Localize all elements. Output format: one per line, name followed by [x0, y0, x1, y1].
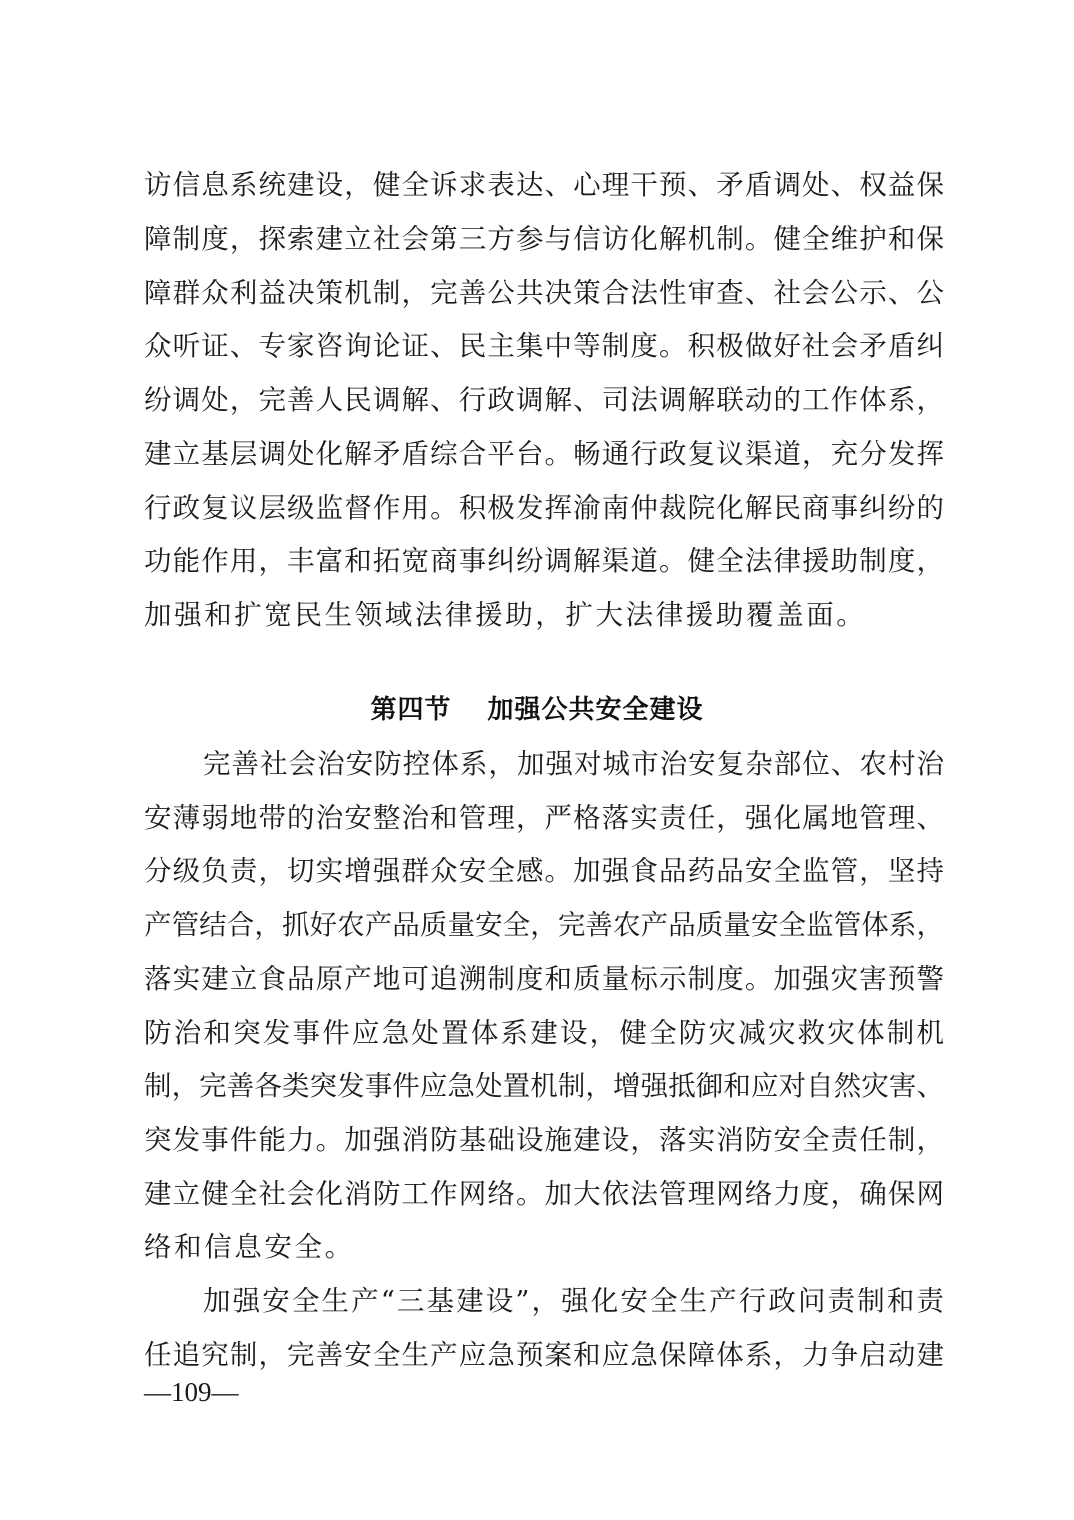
- text-line: 纷调处，完善人民调解、行政调解、司法调解联动的工作体系，: [144, 380, 944, 420]
- text-line: 障制度，探索建立社会第三方参与信访化解机制。健全维护和保: [144, 219, 944, 259]
- text-line: 落实建立食品原产地可追溯制度和质量标示制度。加强灾害预警: [144, 959, 944, 999]
- text-line: 突发事件能力。加强消防基础设施建设，落实消防安全责任制，: [144, 1120, 944, 1160]
- section-heading: 第四节加强公共安全建设: [0, 690, 1074, 730]
- text-line: 防治和突发事件应急处置体系建设，健全防灾减灾救灾体制机: [144, 1013, 944, 1053]
- text-line: 络和信息安全。: [144, 1227, 944, 1267]
- text-line: 障群众利益决策机制，完善公共决策合法性审查、社会公示、公: [144, 273, 944, 313]
- section-number: 第四节: [370, 695, 451, 725]
- text-line: 加强安全生产“三基建设”，强化安全生产行政问责制和责: [203, 1281, 944, 1321]
- document-page: 访信息系统建设，健全诉求表达、心理干预、矛盾调处、权益保 障制度，探索建立社会第…: [0, 0, 1074, 1520]
- text-line: 行政复议层级监督作用。积极发挥渝南仲裁院化解民商事纠纷的: [144, 488, 944, 528]
- text-line: 分级负责，切实增强群众安全感。加强食品药品安全监管，坚持: [144, 851, 944, 891]
- text-line: 制，完善各类突发事件应急处置机制，增强抵御和应对自然灾害、: [144, 1066, 944, 1106]
- text-line: 众听证、专家咨询论证、民主集中等制度。积极做好社会矛盾纠: [144, 326, 944, 366]
- page-number: —109—: [144, 1372, 239, 1412]
- text-line: 建立健全社会化消防工作网络。加大依法管理网络力度，确保网: [144, 1174, 944, 1214]
- text-line: 任追究制，完善安全生产应急预案和应急保障体系，力争启动建: [144, 1335, 944, 1375]
- text-line: 建立基层调处化解矛盾综合平台。畅通行政复议渠道，充分发挥: [144, 434, 944, 474]
- text-line: 功能作用，丰富和拓宽商事纠纷调解渠道。健全法律援助制度，: [144, 541, 944, 581]
- text-line: 完善社会治安防控体系，加强对城市治安复杂部位、农村治: [203, 744, 944, 784]
- text-line: 加强和扩宽民生领域法律援助，扩大法律援助覆盖面。: [144, 595, 944, 635]
- section-title: 加强公共安全建设: [488, 695, 704, 725]
- text-line: 访信息系统建设，健全诉求表达、心理干预、矛盾调处、权益保: [144, 165, 944, 205]
- text-line: 安薄弱地带的治安整治和管理，严格落实责任，强化属地管理、: [144, 798, 944, 838]
- text-line: 产管结合，抓好农产品质量安全，完善农产品质量安全监管体系，: [144, 905, 944, 945]
